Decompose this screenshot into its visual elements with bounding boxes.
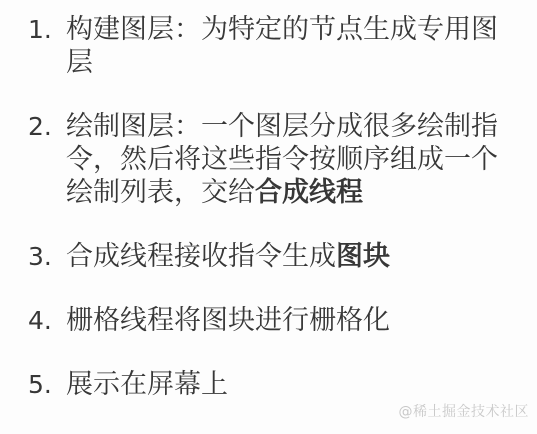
list-item-number: 3. — [28, 240, 66, 273]
list-item-text: 合成线程接收指令生成图块 — [66, 240, 509, 273]
list-item-bold-text: 图块 — [336, 241, 390, 272]
list-item-text: 栅格线程将图块进行栅格化 — [66, 304, 509, 337]
list-item-plain-text: 合成线程接收指令生成 — [66, 241, 336, 272]
list-item-number: 2. — [28, 110, 66, 143]
list-item: 3.合成线程接收指令生成图块 — [28, 240, 537, 273]
list-item-bold-text: 合成线程 — [255, 177, 363, 208]
list-item-text: 构建图层：为特定的节点生成专用图层 — [66, 13, 509, 79]
list-item: 5.展示在屏幕上 — [28, 368, 537, 401]
page: 1.构建图层：为特定的节点生成专用图层2.绘制图层：一个图层分成很多绘制指令，然… — [0, 0, 537, 434]
list-item-plain-text: 构建图层：为特定的节点生成专用图层 — [66, 14, 498, 78]
list-item-plain-text: 展示在屏幕上 — [66, 369, 228, 400]
list-item-text: 展示在屏幕上 — [66, 368, 509, 401]
numbered-list: 1.构建图层：为特定的节点生成专用图层2.绘制图层：一个图层分成很多绘制指令，然… — [28, 13, 537, 401]
list-item: 2.绘制图层：一个图层分成很多绘制指令，然后将这些指令按顺序组成一个绘制列表，交… — [28, 110, 537, 209]
list-item-number: 4. — [28, 304, 66, 337]
list-item-number: 1. — [28, 13, 66, 46]
list-item-text: 绘制图层：一个图层分成很多绘制指令，然后将这些指令按顺序组成一个绘制列表，交给合… — [66, 110, 509, 209]
list-item: 4.栅格线程将图块进行栅格化 — [28, 304, 537, 337]
list-item-plain-text: 栅格线程将图块进行栅格化 — [66, 305, 390, 336]
watermark: @稀土掘金技术社区 — [399, 401, 530, 421]
list-item: 1.构建图层：为特定的节点生成专用图层 — [28, 13, 537, 79]
list-item-number: 5. — [28, 368, 66, 401]
